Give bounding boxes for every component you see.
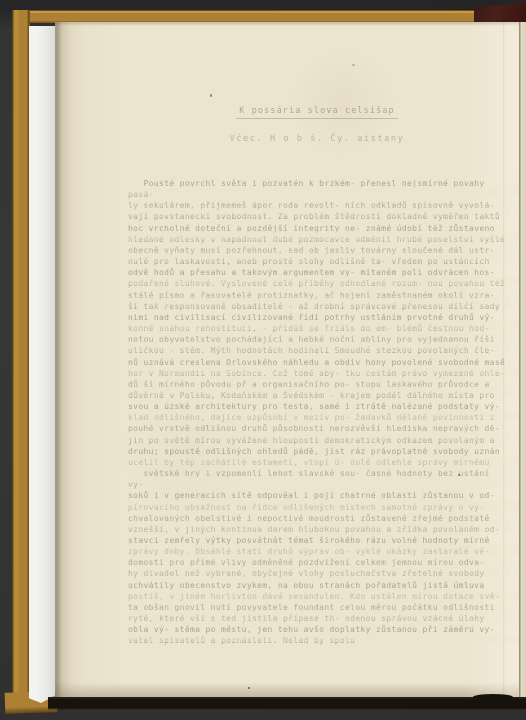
page-fore-edge-stack [29,26,56,703]
paper-speck [248,687,250,689]
typewritten-ink-layer: K possária slova celsišap Včec. H o b š.… [55,22,519,699]
paper-speck [352,64,355,66]
typewritten-body-text: Pousté povrchl světa i pozvatén k brzkém… [128,178,510,647]
paper-speck [210,94,212,97]
book-cover-left-edge [12,10,30,713]
book-bottom-edge-shadow [48,697,526,712]
paper-speck [458,474,460,476]
page-heading-byline: Včec. H o b š. Čy. aistany [230,134,405,144]
page-heading: K possária slova celsišap [128,98,506,119]
page-heading-title: K possária slova celsišap [236,106,397,119]
page-subheading: Včec. H o b š. Čy. aistany [128,126,506,145]
adjacent-page-edge [519,22,526,699]
book-page: K possária slova celsišap Včec. H o b š.… [55,22,519,699]
scanned-book-page: K possária slova celsišap Včec. H o b š.… [0,0,526,720]
